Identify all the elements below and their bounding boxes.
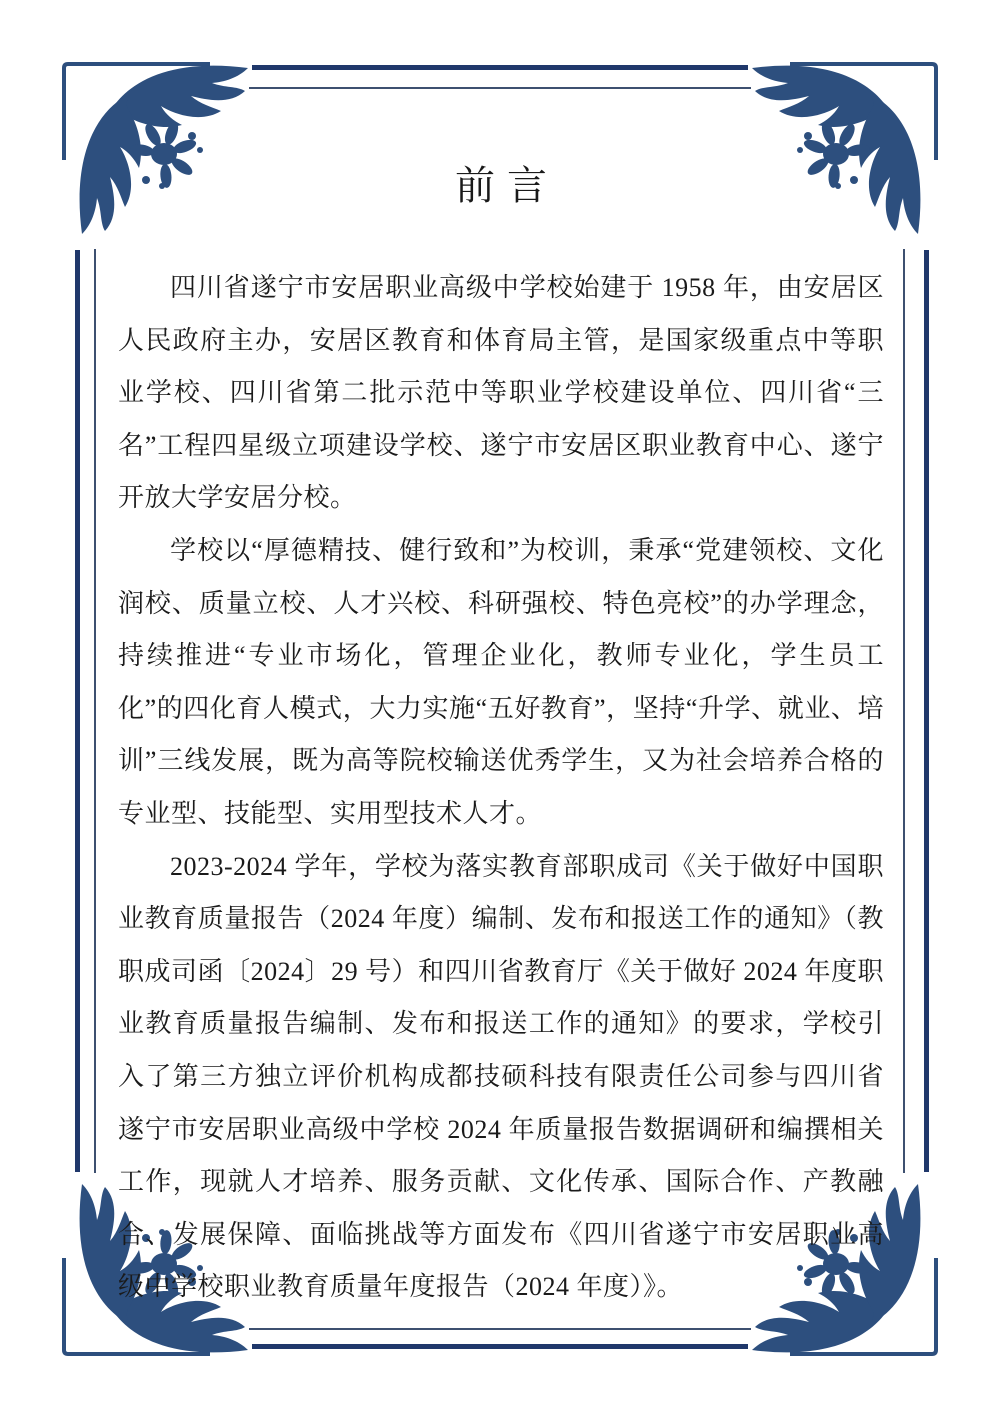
paragraph: 学校以“厚德精技、健行致和”为校训，秉承“党建领校、文化润校、质量立校、人才兴校… xyxy=(118,525,884,841)
document-page: 前言 四川省遂宁市安居职业高级中学校始建于 1958 年，由安居区人民政府主办，… xyxy=(0,0,1000,1414)
frame-line-right-outer xyxy=(924,250,929,1172)
page-content: 前言 四川省遂宁市安居职业高级中学校始建于 1958 年，由安居区人民政府主办，… xyxy=(118,156,884,1314)
paragraph: 四川省遂宁市安居职业高级中学校始建于 1958 年，由安居区人民政府主办，安居区… xyxy=(118,262,884,525)
frame-line-right-inner xyxy=(903,249,905,1173)
frame-line-top-outer xyxy=(252,65,748,70)
frame-line-bottom-inner xyxy=(249,1328,751,1330)
frame-line-bottom-outer xyxy=(252,1344,748,1349)
frame-line-top-inner xyxy=(249,87,751,89)
frame-line-left-outer xyxy=(75,250,80,1172)
page-title: 前言 xyxy=(118,156,884,216)
frame-line-left-inner xyxy=(94,249,96,1173)
body-text: 四川省遂宁市安居职业高级中学校始建于 1958 年，由安居区人民政府主办，安居区… xyxy=(118,262,884,1314)
paragraph: 2023-2024 学年，学校为落实教育部职成司《关于做好中国职业教育质量报告（… xyxy=(118,841,884,1314)
